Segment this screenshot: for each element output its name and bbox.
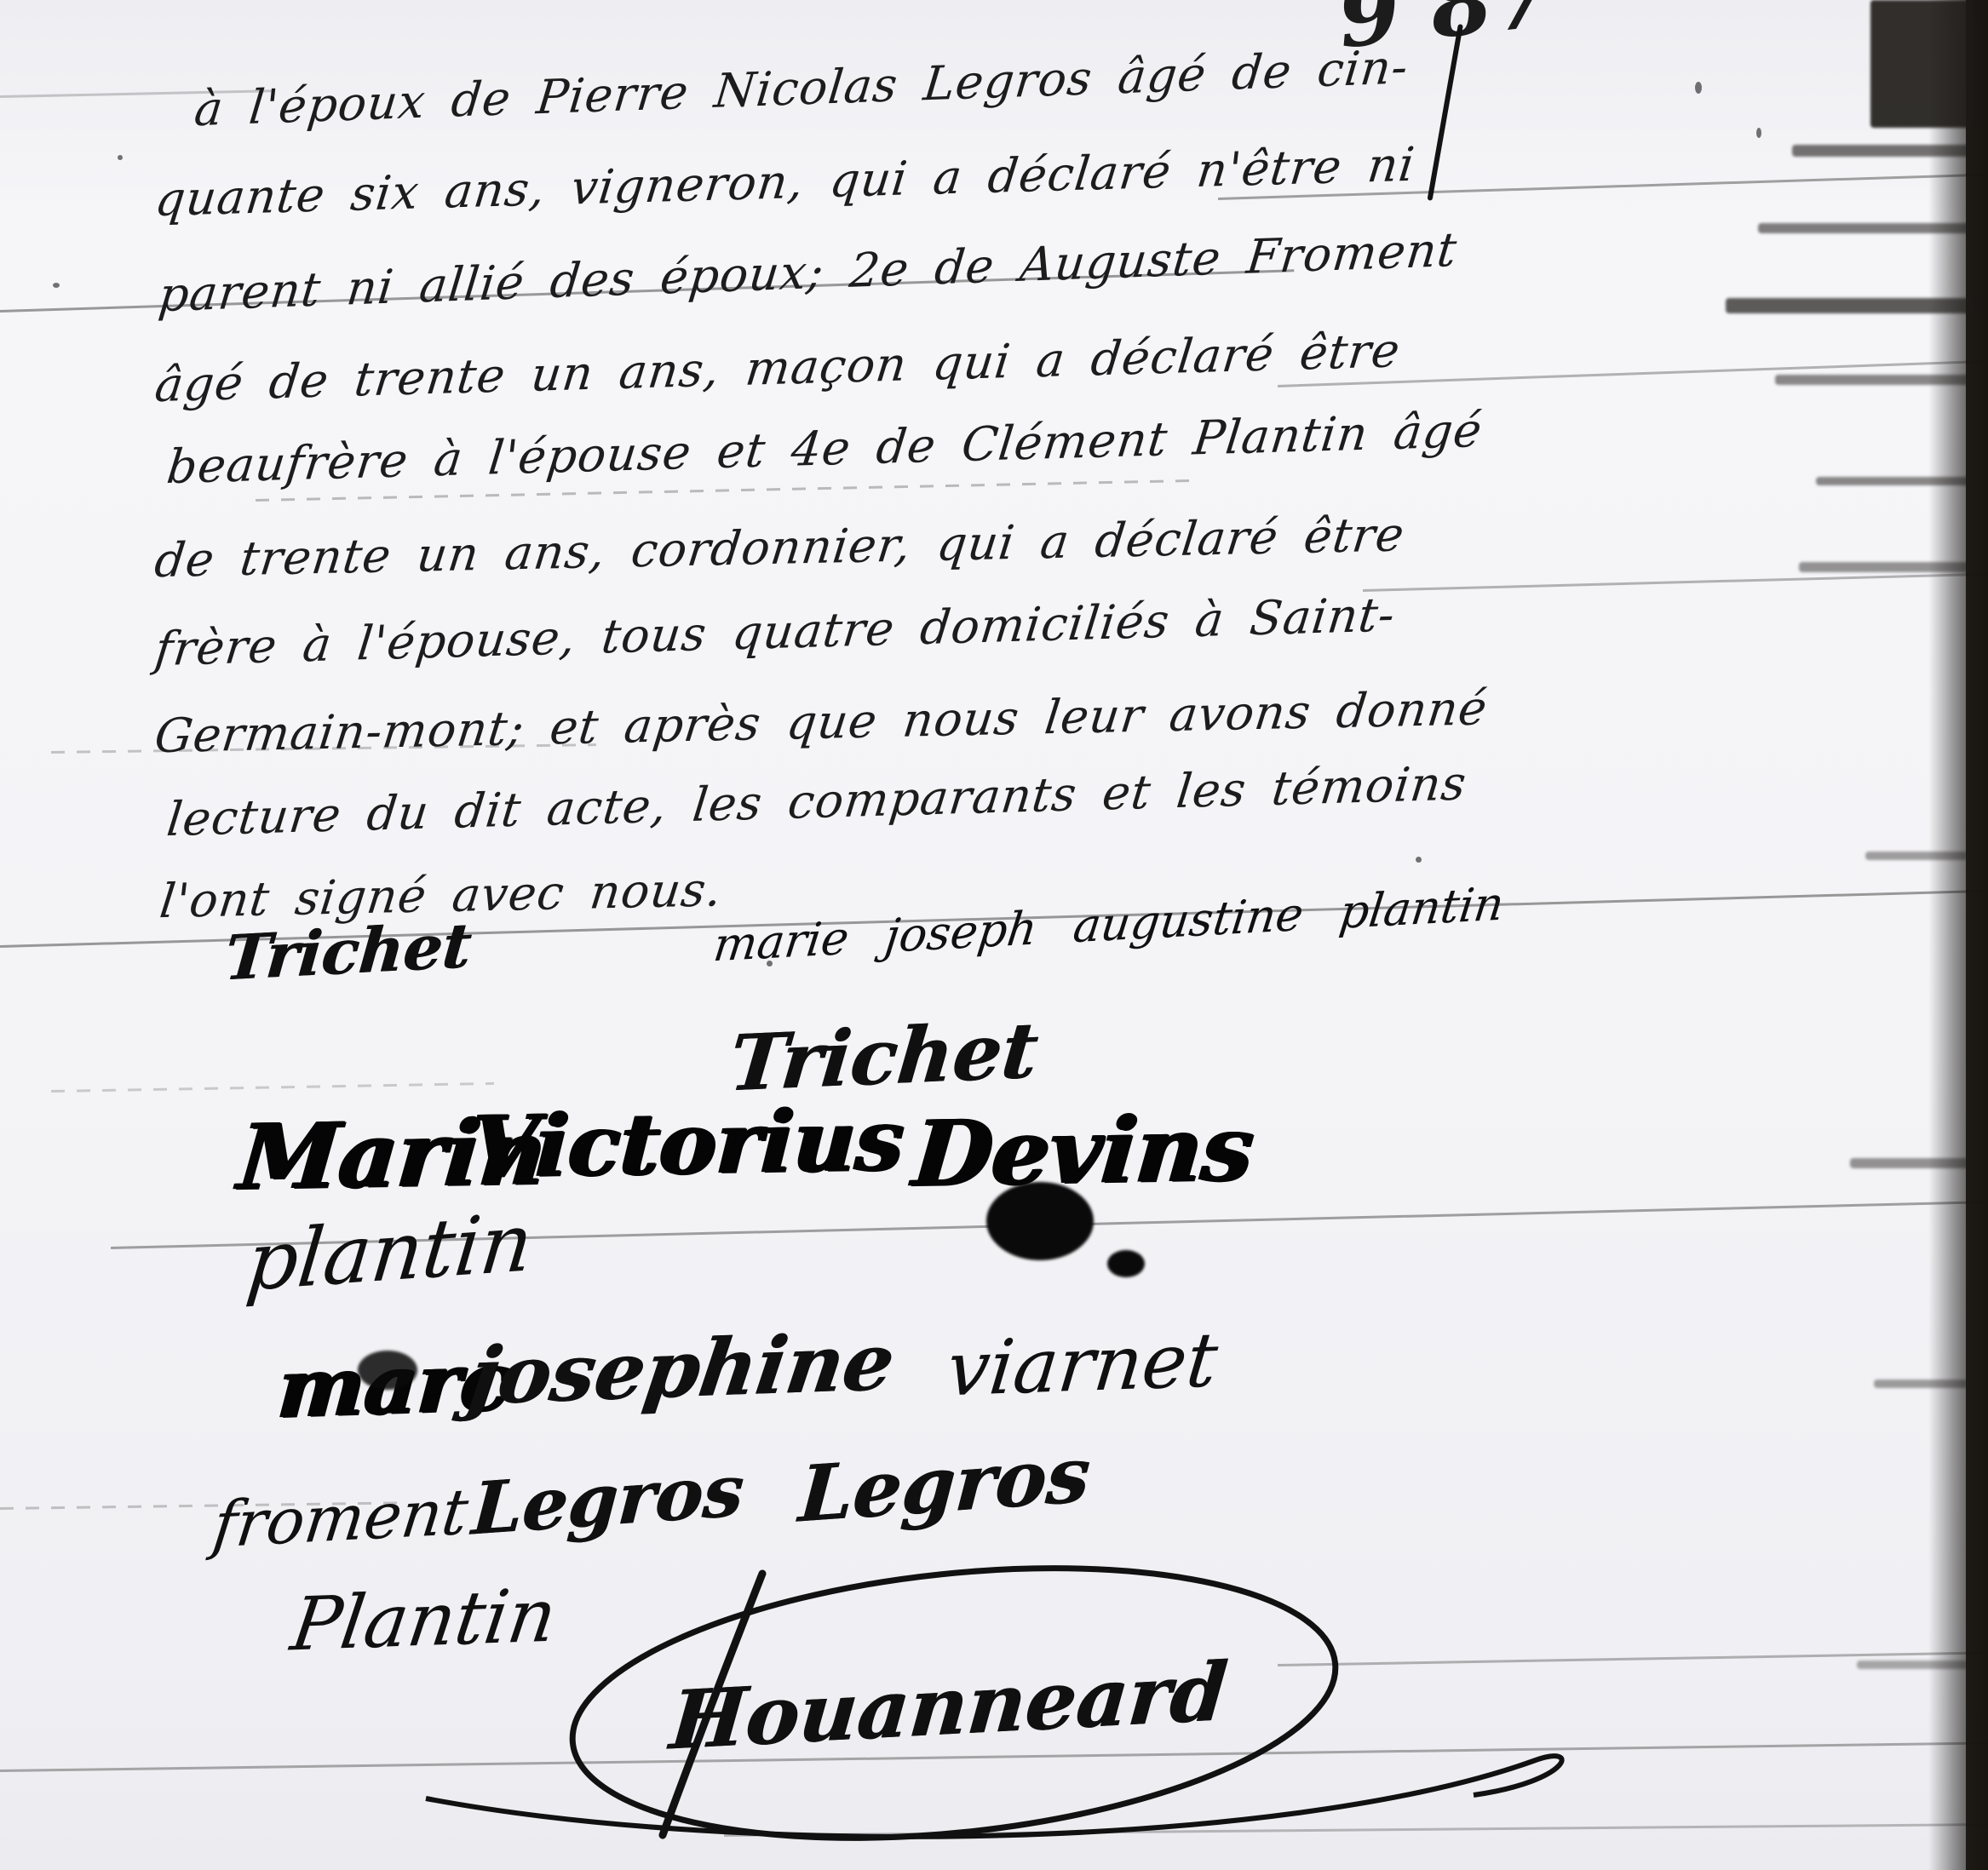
paper-speck xyxy=(1695,82,1702,94)
binding-streak xyxy=(1865,852,1968,860)
ink-blot xyxy=(358,1351,417,1390)
signature: Legros xyxy=(469,1448,746,1552)
signature: marie joseph augustine plantin xyxy=(710,876,1507,972)
act-line: à l'époux de Pierre Nicolas Legros âgé d… xyxy=(192,39,1411,136)
act-line: beaufrère à l'épouse et 4e de Clément Pl… xyxy=(164,403,1485,494)
signature: froment xyxy=(209,1475,472,1562)
act-line: frère à l'épouse, tous quatre domiciliés… xyxy=(152,587,1399,676)
act-line: âgé de trente un ans, maçon qui a déclar… xyxy=(152,323,1404,412)
act-line: parent ni allié des époux; 2e de Auguste… xyxy=(156,222,1460,322)
ink-blot xyxy=(1107,1250,1145,1277)
paper-speck xyxy=(53,283,60,288)
act-line: lecture du dit acte, les comparants et l… xyxy=(164,755,1469,846)
signature: plantin xyxy=(242,1196,537,1310)
act-line: quante six ans, vigneron, qui a déclaré … xyxy=(152,137,1418,227)
paper-speck xyxy=(118,155,123,160)
binding-streak xyxy=(1850,1158,1969,1168)
binding-streak xyxy=(1758,223,1971,233)
ink-blot xyxy=(986,1182,1094,1260)
binding-streak xyxy=(1792,145,1971,157)
act-line: Germain-mont; et après que nous leur avo… xyxy=(152,680,1491,763)
paper-speck xyxy=(1416,857,1422,863)
act-line: de trente un ans, cordonnier, qui a décl… xyxy=(152,507,1407,588)
paper-speck xyxy=(1756,128,1761,138)
signature: viarnet xyxy=(943,1316,1221,1413)
signature: Trichet xyxy=(222,909,474,995)
binding-streak xyxy=(1874,1380,1968,1388)
ruled-line xyxy=(51,1082,494,1093)
binding-streak xyxy=(1726,298,1973,313)
binding-edge xyxy=(1966,0,1988,1870)
binding-streak xyxy=(1775,375,1971,385)
binding-streak xyxy=(1816,477,1969,485)
binding-streak xyxy=(1799,562,1969,572)
paper-speck xyxy=(767,961,773,967)
signature: Legros xyxy=(796,1429,1093,1540)
signature: josephine xyxy=(464,1316,900,1423)
binding-streak xyxy=(1857,1661,1968,1669)
binding-streak xyxy=(1870,0,1973,128)
ruled-line xyxy=(1363,573,1988,592)
signature: Victorius xyxy=(468,1089,905,1197)
scanned-register-page: 9 87 à l'époux de Pierre Nicolas Legros … xyxy=(0,0,1988,1870)
signature: Devins xyxy=(909,1094,1257,1207)
